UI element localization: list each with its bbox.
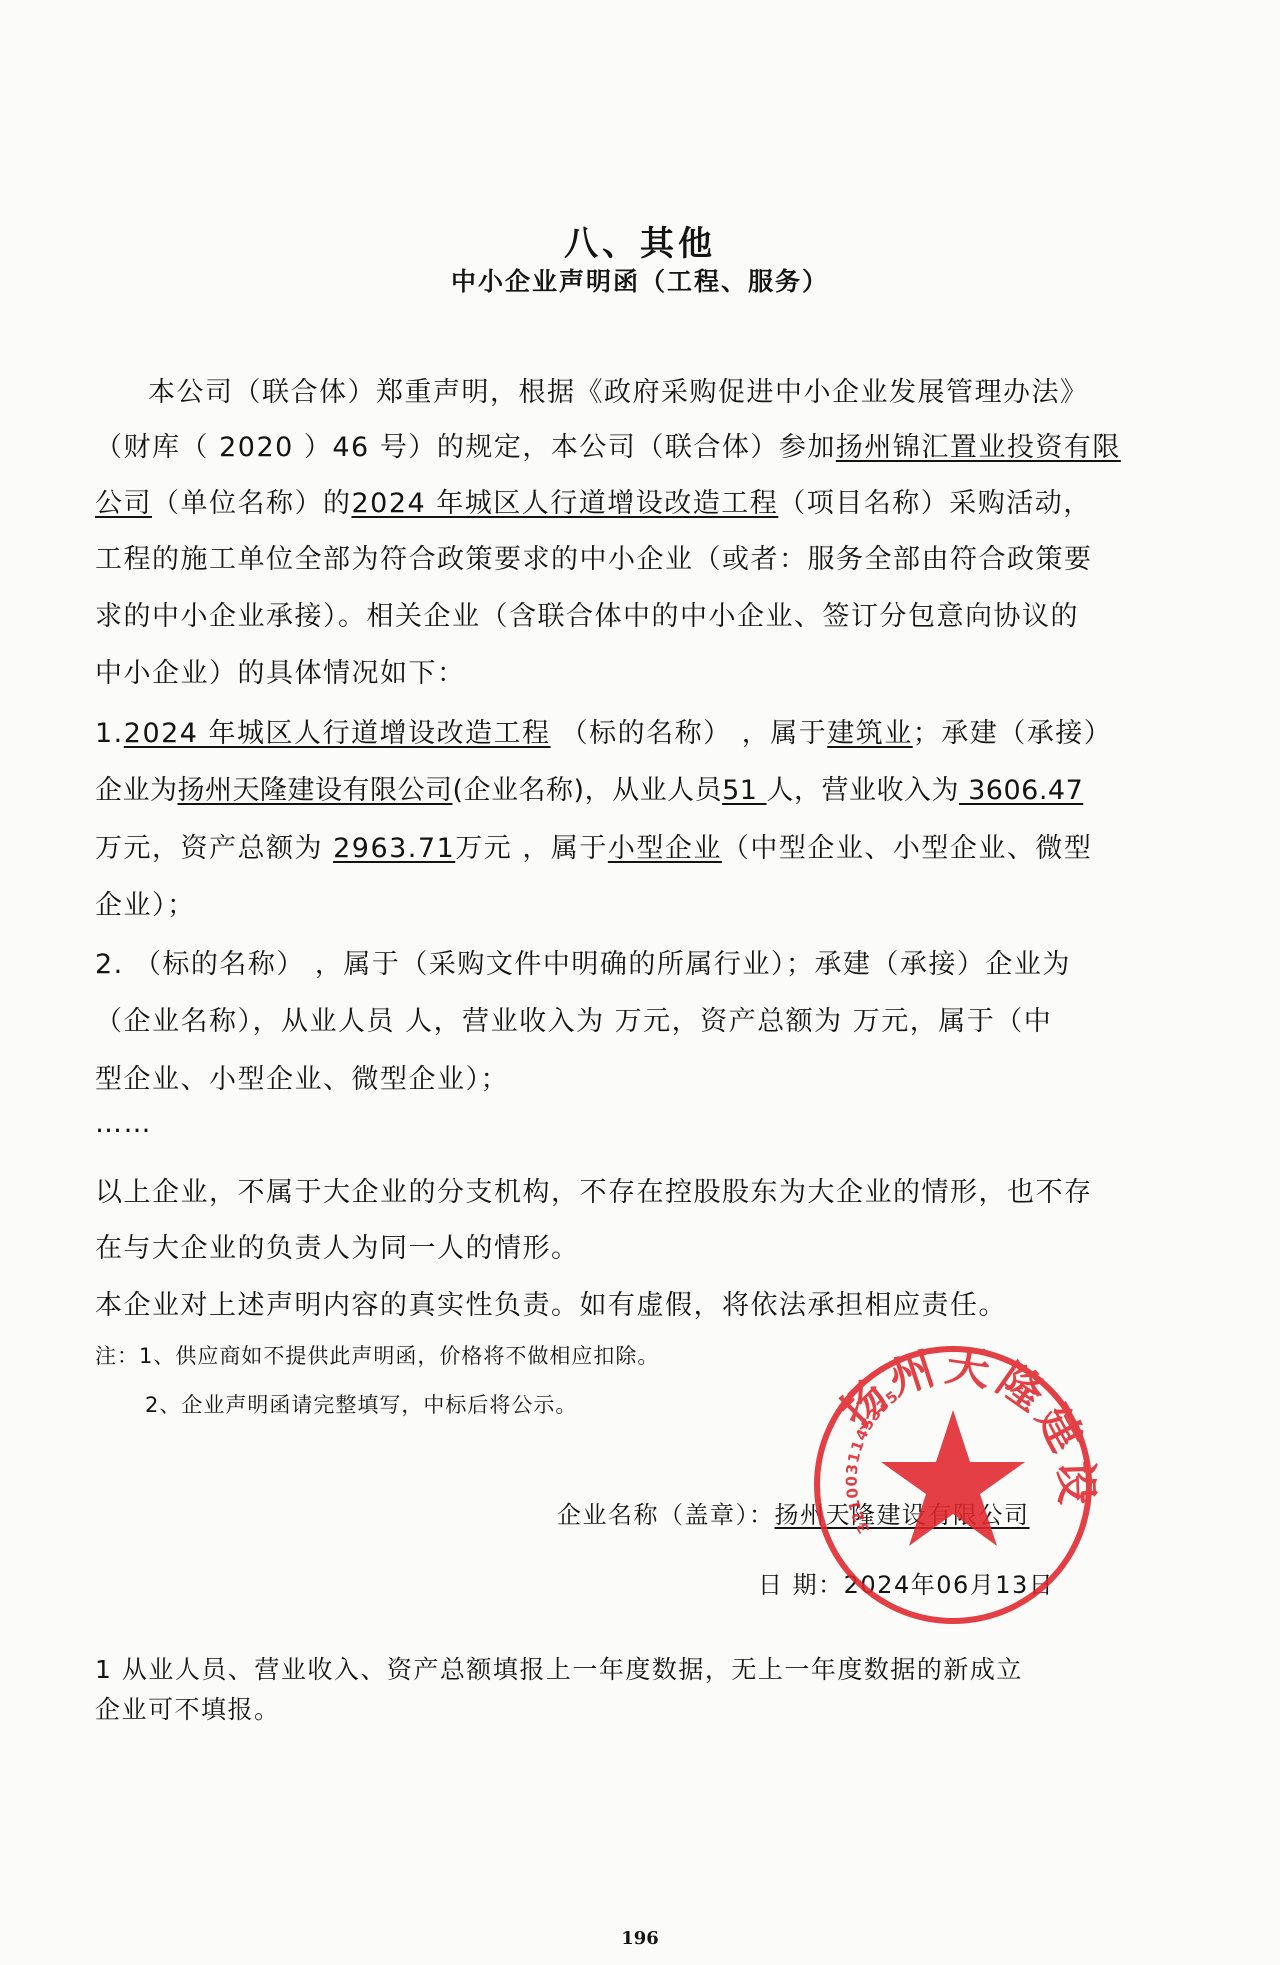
purchaser-name-part2: 公司 — [95, 488, 152, 519]
body-line-4: 工程的施工单位全部为符合政策要求的中小企业（或者：服务全部由符合政策要 — [95, 537, 1095, 576]
document-page: 八、其他 中小企业声明函（工程、服务） 本公司（联合体）郑重声明，根据《政府采购… — [0, 0, 1280, 1965]
item1-employees: 51 — [722, 775, 766, 806]
body-text: （中型企业、小型企业、微型 — [722, 833, 1093, 864]
item1-revenue: 3606.47 — [959, 775, 1083, 806]
body-line-6: 中小企业）的具体情况如下： — [95, 651, 1095, 690]
closing-line-3: 本企业对上述声明内容的真实性负责。如有虚假，将依法承担相应责任。 — [95, 1283, 1095, 1322]
body-line-2: （财库（ 2020 ）46 号）的规定，本公司（联合体）参加扬州锦汇置业投资有限 — [95, 425, 1095, 464]
body-text: 人，营业收入为 — [767, 775, 960, 806]
item2-line-1: 2. （标的名称） ，属于（采购文件中明确的所属行业）；承建（承接）企业为 — [95, 942, 1095, 981]
footnote-line-1: 1 从业人员、营业收入、资产总额填报上一年度数据，无上一年度数据的新成立 — [95, 1650, 1095, 1686]
item2-line-2: （企业名称），从业人员 人，营业收入为 万元，资产总额为 万元，属于（中 — [95, 999, 1095, 1038]
page-number: 196 — [0, 1928, 1280, 1949]
document-title: 中小企业声明函（工程、服务） — [0, 262, 1280, 298]
item1-line-4: 企业）； — [95, 883, 1095, 922]
body-line-3: 公司（单位名称）的2024 年城区人行道增设改造工程（项目名称）采购活动， — [95, 481, 1095, 520]
body-text: 万元，资产总额为 — [95, 833, 333, 864]
item1-line-1: 1.2024 年城区人行道增设改造工程 （标的名称） ，属于建筑业；承建（承接） — [95, 711, 1095, 750]
body-text: （项目名称）采购活动， — [778, 488, 1092, 519]
item2-line-3: 型企业、小型企业、微型企业）； — [95, 1057, 1095, 1096]
body-text: ；承建（承接） — [913, 718, 1113, 749]
body-text: 企业为 — [95, 775, 178, 806]
body-text: （财库（ 2020 ）46 号）的规定，本公司（联合体）参加 — [95, 432, 836, 463]
company-label: 企业名称（盖章）： — [557, 1501, 775, 1529]
item1-prefix: 1. — [95, 718, 124, 749]
item1-line-3: 万元，资产总额为 2963.71万元 ，属于小型企业（中型企业、小型企业、微型 — [95, 826, 1095, 865]
body-text: （标的名称） ，属于 — [551, 718, 828, 749]
item1-assets: 2963.71 — [333, 833, 455, 864]
closing-line-2: 在与大企业的负责人为同一人的情形。 — [95, 1226, 1095, 1265]
company-seal-icon: 扬州天隆建设有限公司 3210031145335 — [808, 1340, 1098, 1630]
section-title: 八、其他 — [0, 216, 1280, 265]
closing-line-1: 以上企业，不属于大企业的分支机构，不存在控股股东为大企业的情形，也不存 — [95, 1170, 1095, 1209]
note-2: 2、企业声明函请完整填写，中标后将公示。 — [145, 1389, 577, 1419]
item1-industry: 建筑业 — [827, 718, 913, 749]
body-text: 万元 ，属于 — [455, 833, 608, 864]
ellipsis: …… — [95, 1108, 1095, 1139]
item1-bid-name: 2024 年城区人行道增设改造工程 — [124, 718, 551, 749]
item1-size: 小型企业 — [608, 833, 722, 864]
note-1: 注：1、供应商如不提供此声明函，价格将不做相应扣除。 — [95, 1340, 659, 1370]
project-name: 2024 年城区人行道增设改造工程 — [352, 488, 779, 519]
item1-company: 扬州天隆建设有限公司 — [178, 775, 453, 806]
purchaser-name-part1: 扬州锦汇置业投资有限 — [836, 432, 1121, 463]
body-line-5: 求的中小企业承接）。相关企业（含联合体中的中小企业、签订分包意向协议的 — [95, 594, 1095, 633]
body-text: （单位名称）的 — [152, 488, 352, 519]
footnote-line-2: 企业可不填报。 — [95, 1690, 1095, 1726]
body-line-1: 本公司（联合体）郑重声明，根据《政府采购促进中小企业发展管理办法》 — [148, 370, 1148, 409]
body-text: (企业名称)，从业人员 — [453, 775, 723, 806]
item1-line-2: 企业为扬州天隆建设有限公司(企业名称)，从业人员51 人，营业收入为 3606.… — [95, 768, 1095, 807]
